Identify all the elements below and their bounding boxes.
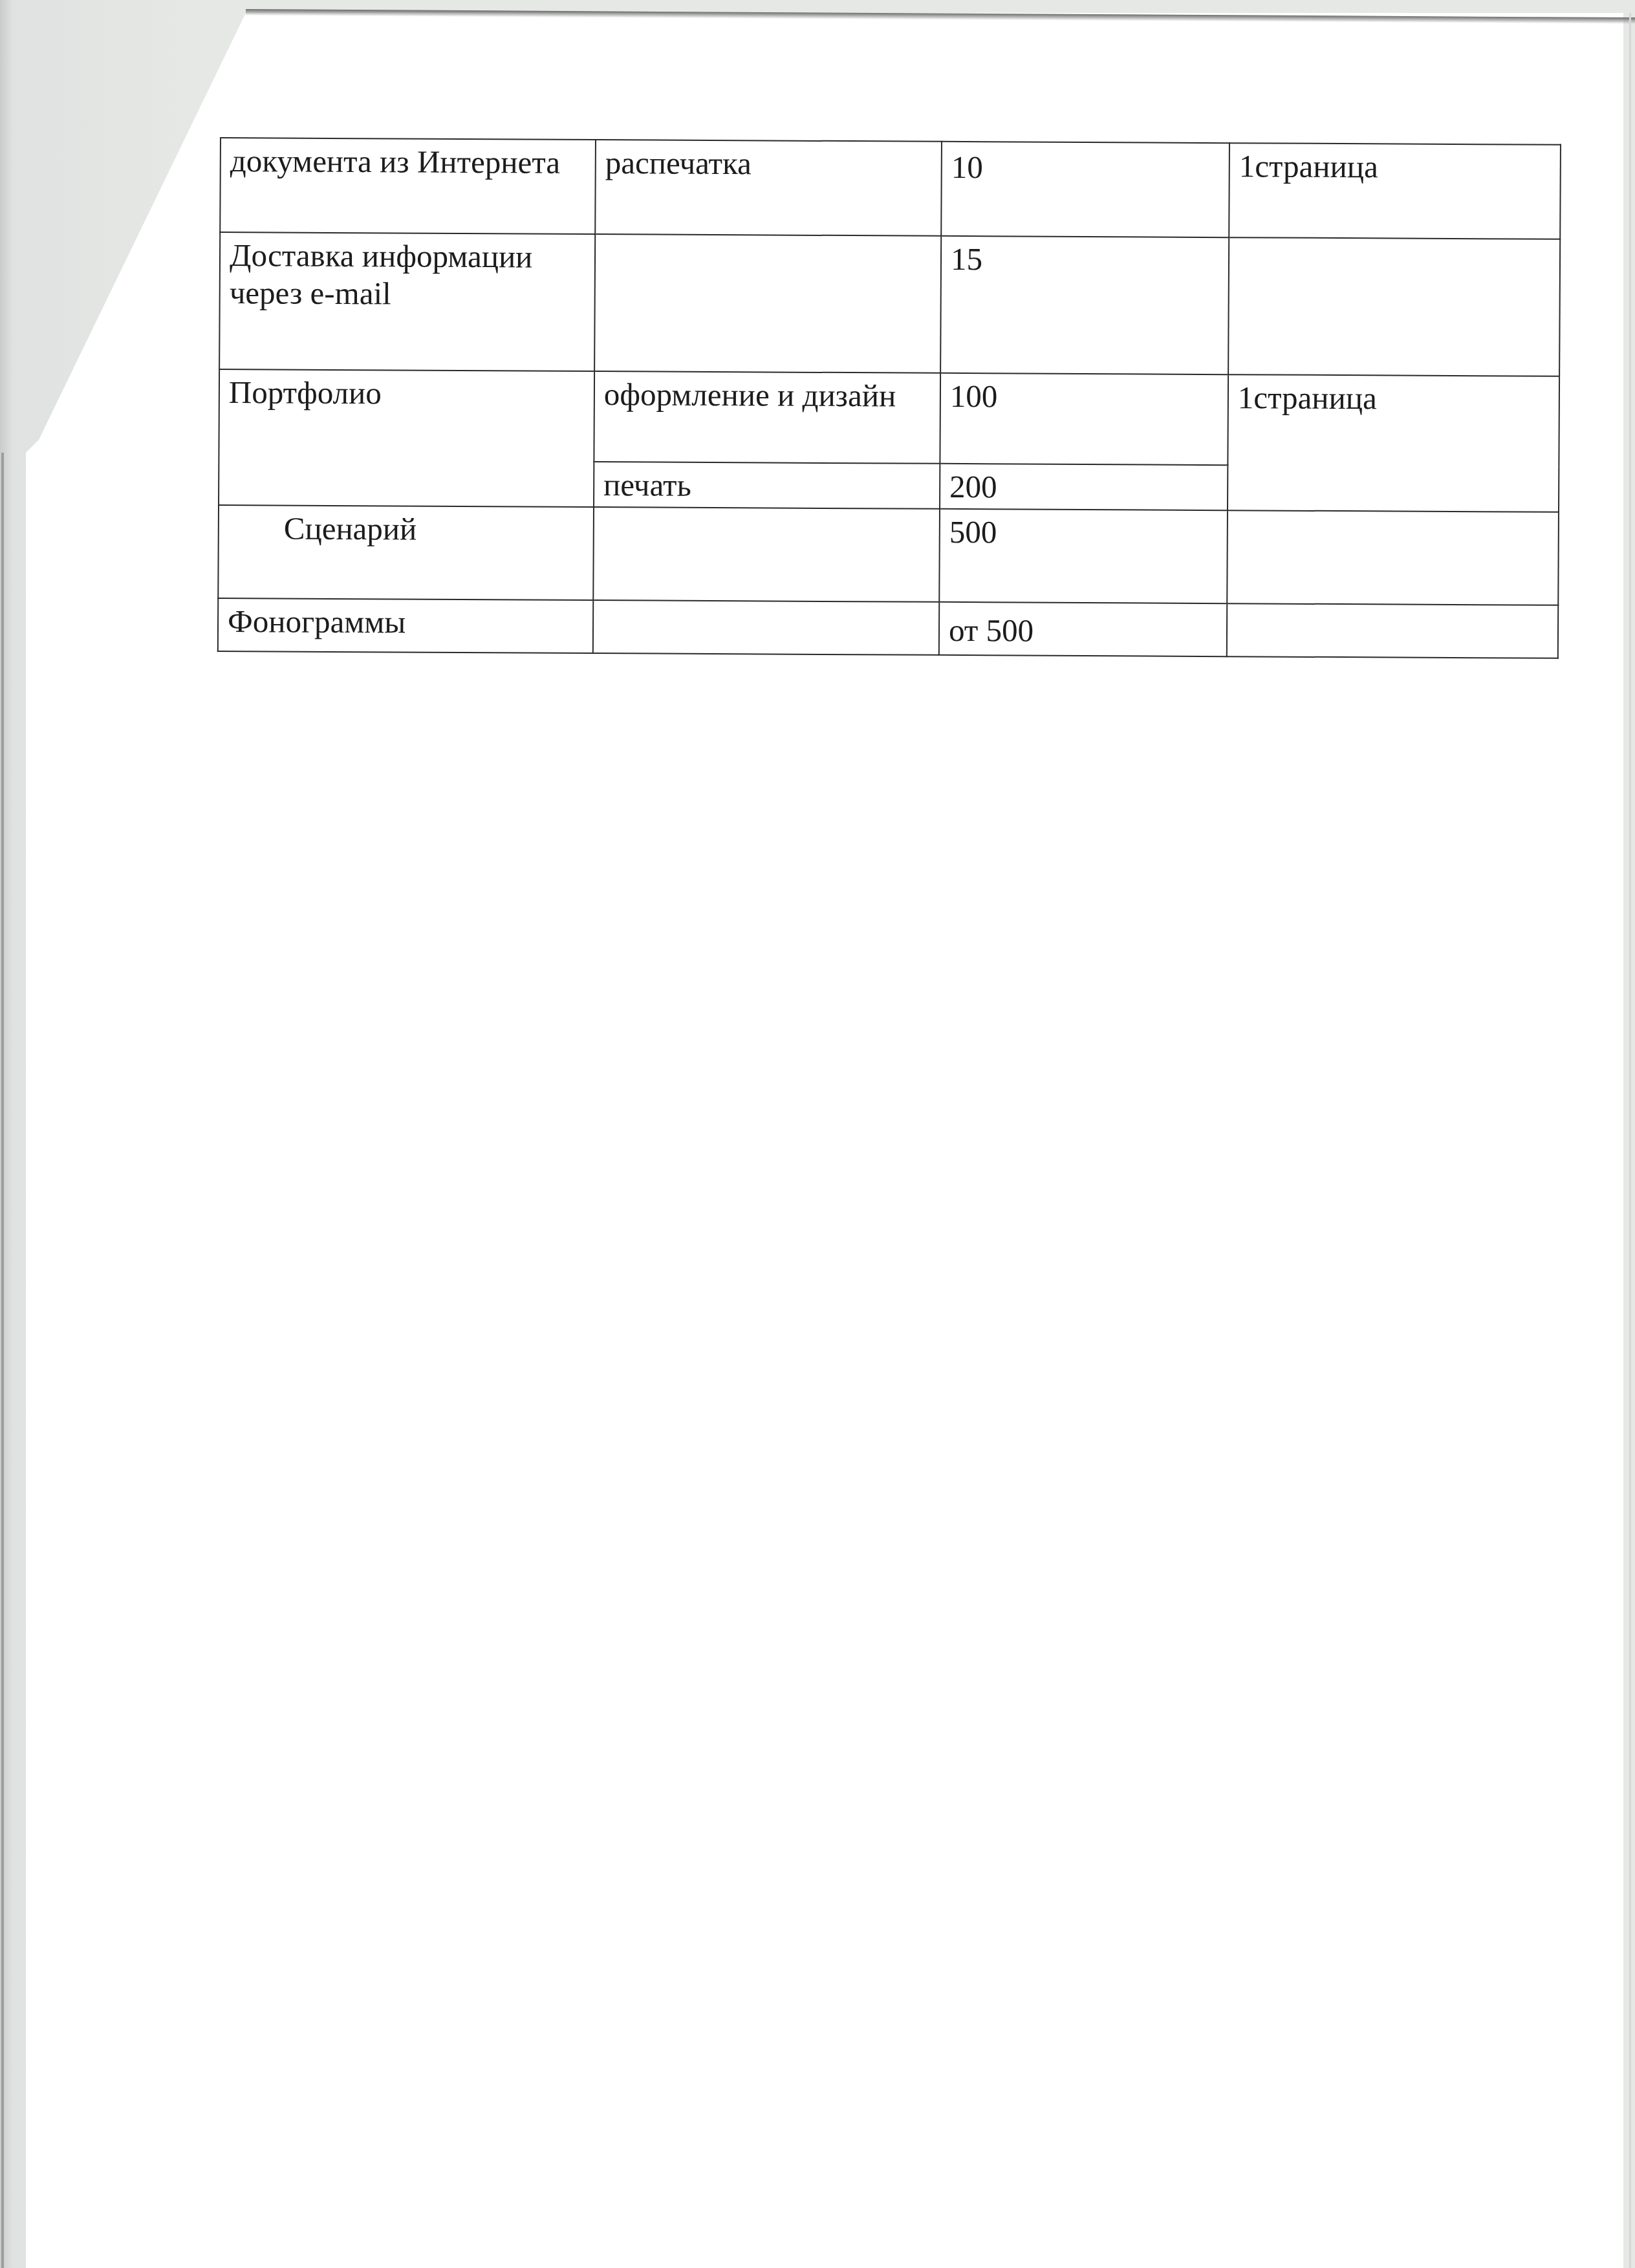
service-cell: Сценарий [218,505,594,600]
service-cell: Доставка информации через e-mail [219,232,595,371]
price-cell: 10 [941,142,1229,237]
price-cell: 15 [940,236,1229,374]
service-cell: Портфолио [219,369,594,507]
table-row: Фонограммы от 500 [218,598,1558,658]
table-row: Сценарий 500 [218,505,1559,605]
unit-cell: 1страница [1228,374,1559,512]
detail-cell: печать [594,462,940,509]
detail-cell [593,507,940,602]
paper-left-edge [1,453,4,2268]
table-row: документа из Интернета распечатка 10 1ст… [220,138,1561,239]
unit-cell [1227,510,1559,605]
service-cell: документа из Интернета [220,138,596,234]
price-cell: 200 [940,464,1228,510]
price-cell: 500 [939,509,1228,603]
price-table: документа из Интернета распечатка 10 1ст… [217,137,1561,659]
price-cell: 100 [940,373,1228,465]
detail-cell: оформление и дизайн [594,371,940,464]
unit-cell [1228,237,1560,376]
service-cell: Фонограммы [218,598,593,653]
table-row: Портфолио оформление и дизайн 100 1стран… [219,369,1559,467]
paper-right-edge [1629,13,1631,2268]
detail-cell: распечатка [595,140,942,236]
detail-cell [593,600,939,655]
detail-cell [594,234,941,373]
table-row: Доставка информации через e-mail 15 [219,232,1560,376]
price-table-container: документа из Интернета распечатка 10 1ст… [217,137,1560,659]
unit-cell: 1страница [1229,143,1561,239]
unit-cell [1227,603,1558,658]
price-cell: от 500 [939,602,1227,656]
